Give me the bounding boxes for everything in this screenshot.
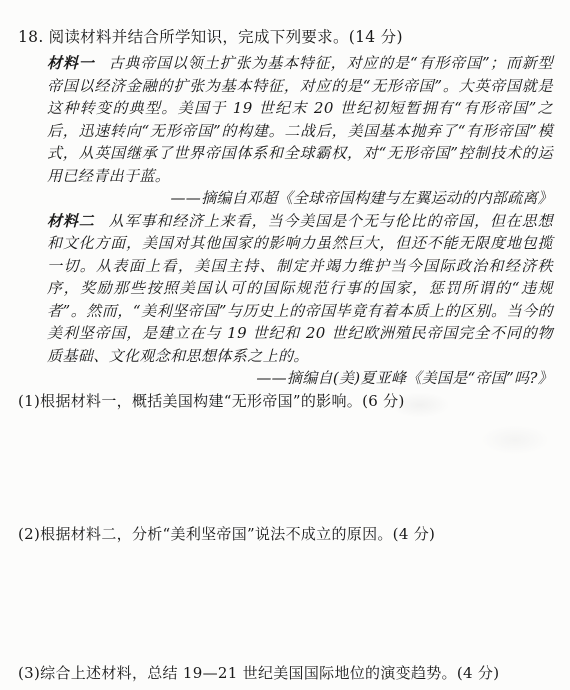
question-intro: 阅读材料并结合所学知识，完成下列要求。(14 分) — [49, 28, 403, 46]
material-one-label: 材料一 — [47, 54, 95, 72]
answer-space-2 — [18, 546, 553, 662]
sub-question-1: (1)根据材料一，概括美国构建“无形帝国”的影响。(6 分) — [18, 390, 553, 413]
material-one-text: 古典帝国以领土扩张为基本特征，对应的是“有形帝国”；而新型帝国以经济金融的扩张为… — [47, 54, 553, 185]
sub-question-2: (2)根据材料二，分析“美利坚帝国”说法不成立的原因。(4 分) — [18, 523, 553, 546]
sub-question-3: (3)综合上述材料，总结 19—21 世纪美国国际地位的演变趋势。(4 分) — [18, 662, 553, 685]
question-number: 18. — [18, 26, 44, 49]
material-two-attribution: ——摘编自(美)夏亚峰《美国是“帝国”吗?》 — [18, 367, 553, 390]
material-one-paragraph: 材料一古典帝国以领土扩张为基本特征，对应的是“有形帝国”；而新型帝国以经济金融的… — [47, 52, 553, 187]
answer-space-1 — [18, 413, 553, 523]
question-header: 18.阅读材料并结合所学知识，完成下列要求。(14 分) — [18, 26, 553, 49]
material-two-paragraph: 材料二从军事和经济上来看，当今美国是个无与伦比的帝国，但在思想和文化方面，美国对… — [47, 210, 553, 368]
exam-page: 18.阅读材料并结合所学知识，完成下列要求。(14 分) 材料一古典帝国以领土扩… — [0, 0, 570, 690]
material-two-text: 从军事和经济上来看，当今美国是个无与伦比的帝国，但在思想和文化方面，美国对其他国… — [47, 212, 553, 365]
material-one-attribution: ——摘编自邓超《全球帝国构建与左翼运动的内部疏离》 — [18, 187, 553, 210]
material-two-label: 材料二 — [47, 212, 95, 230]
